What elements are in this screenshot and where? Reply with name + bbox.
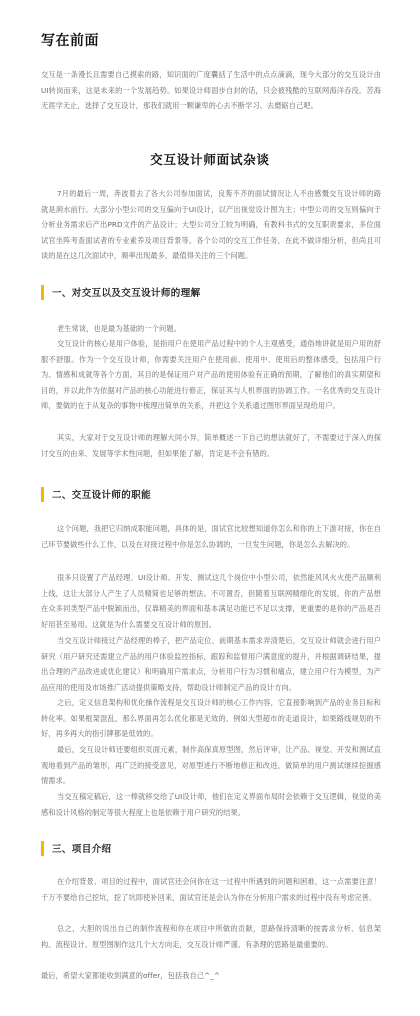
- section-3-paragraph-1: 在介绍背景、项目的过程中，面试官还会问你在这一过程中所遇到的问题和困难，这一点需…: [41, 874, 381, 905]
- section-2-paragraph-4: 之后，定义信息架构和优化操作流程是交互设计师的核心工作内容，它直接影响到产品的业…: [41, 695, 381, 742]
- article-title: 交互设计师面试杂谈: [0, 150, 420, 168]
- section-1-paragraph-2: 交互设计的核心是用户体验，是指用户在使用产品过程中的个人主观感受，通俗地讲就是用…: [41, 336, 381, 414]
- section-2-paragraph-6: 当交互稿定稿后，这一棒就移交给了UI设计师，他们在定义界面布局时会依赖于交互逻辑…: [41, 789, 381, 820]
- section-accent-bar: [41, 841, 44, 856]
- section-1-paragraph-1: 老生常谈，也是最为基础的一个问题。: [41, 321, 381, 337]
- section-1-paragraph-3: 其实，大家对于交互设计师的理解大同小异，简单概述一下自己的想法就好了，不需要过于…: [41, 430, 381, 461]
- section-accent-bar: [41, 487, 44, 502]
- section-2-paragraph-2: 很多只设置了产品经理、UI设计师、开发、测试这几个岗位中小型公司，依然能风风火火…: [41, 570, 381, 632]
- intro-paragraph: 交互是一条漫长且需要自己摸索的路，知识面的广度囊括了生活中的点点滴滴，现今大部分…: [41, 67, 381, 114]
- intro-heading-text: 写在前面: [41, 33, 99, 49]
- heading-highlight: [41, 49, 81, 53]
- section-3-paragraph-2: 总之，大胆的说出自己的制作流程和你在项目中所做的贡献，思路保持清晰的按需求分析、…: [41, 921, 381, 952]
- intro-heading: 写在前面: [41, 30, 99, 50]
- section-accent-bar: [41, 285, 44, 300]
- section-heading-3: 三、项目介绍: [41, 840, 111, 856]
- section-2-paragraph-5: 最后，交互设计师还要组织页面元素，制作高保真原型图，然后评审，让产品、视觉、开发…: [41, 742, 381, 789]
- section-heading-text: 三、项目介绍: [52, 841, 111, 855]
- section-heading-2: 二、交互设计师的职能: [41, 486, 151, 502]
- article-lead-paragraph: 7月的最后一周，奔波着去了各大公司参加面试，良莠不齐的面试情况让人不由感慨交互设…: [41, 186, 381, 264]
- section-heading-1: 一、对交互以及交互设计师的理解: [41, 284, 201, 300]
- section-2-paragraph-1: 这个问题，我把它归纳成职能问题，具体的是，面试官比较想知道你怎么和你的上下游对接…: [41, 521, 381, 552]
- closing-paragraph: 最后，希望大家都能收到满意的offer，包括我自己^_^: [41, 968, 381, 984]
- section-heading-text: 一、对交互以及交互设计师的理解: [52, 285, 201, 299]
- section-2-paragraph-3: 当交互设计师接过产品经理的棒子，把产品定位、前期基本需求弄清楚后，交互设计师就会…: [41, 633, 381, 695]
- section-heading-text: 二、交互设计师的职能: [52, 487, 151, 501]
